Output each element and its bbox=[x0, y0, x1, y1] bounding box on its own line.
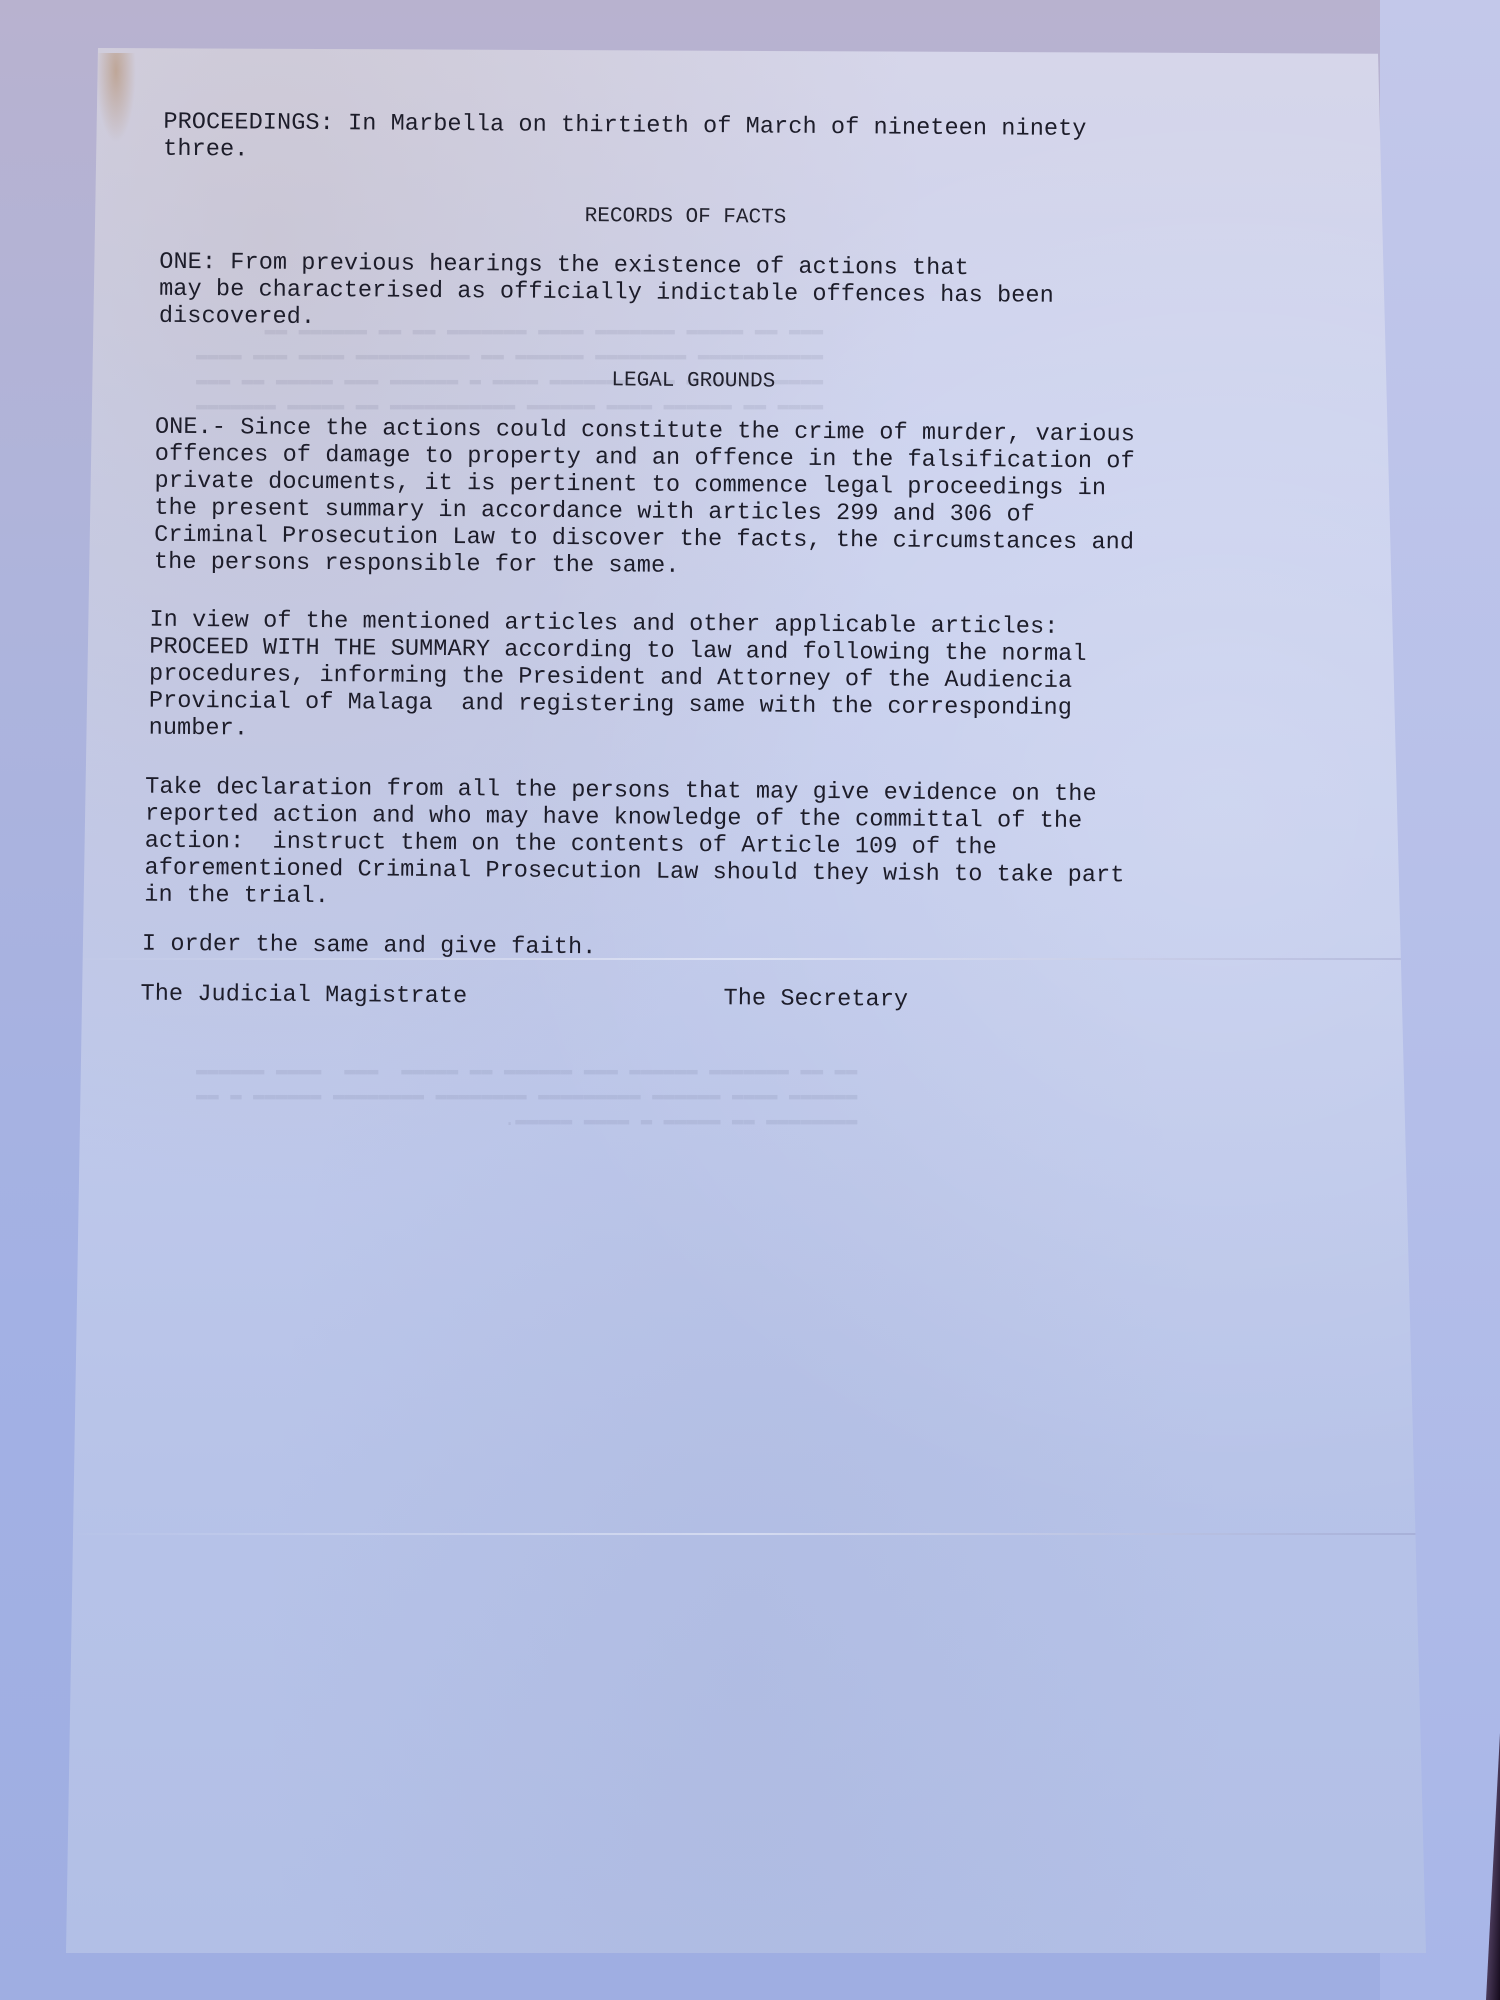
declaration-line-5: in the trial. bbox=[144, 882, 329, 910]
proceedings-line-1: PROCEEDINGS: In Marbella on thirtieth of… bbox=[163, 109, 1086, 143]
signature-secretary: The Secretary bbox=[723, 985, 908, 1013]
signature-judicial-magistrate: The Judicial Magistrate bbox=[140, 981, 467, 1011]
records-line-3: discovered. bbox=[159, 303, 315, 331]
bleed-through-texture: ▬▬▬ ▬▬ ▬▬▬▬▬ ▬▬▬▬▬▬▬ ▬▬▬▬ ▬▬▬▬▬▬▬ ▬▬ ▬▬ … bbox=[196, 318, 823, 418]
order-line: I order the same and give faith. bbox=[142, 931, 597, 962]
legal-grounds-heading: LEGAL GROUNDS bbox=[611, 368, 775, 395]
staple-stain bbox=[96, 53, 136, 143]
records-of-facts-heading: RECORDS OF FACTS bbox=[585, 204, 787, 232]
proceedings-line-2: three. bbox=[163, 136, 248, 164]
view-line-5: number. bbox=[149, 715, 249, 743]
document-page: ▬▬▬ ▬▬ ▬▬▬▬▬ ▬▬▬▬▬▬▬ ▬▬▬▬ ▬▬▬▬▬▬▬ ▬▬ ▬▬ … bbox=[66, 48, 1426, 1953]
legal-line-6: the persons responsible for the same. bbox=[154, 549, 680, 580]
bleed-through-texture: ▬▬ ▬▬ ▬▬▬▬▬▬▬ ▬▬▬▬▬▬ ▬▬▬ ▬▬▬▬▬▬ ▬▬ ▬▬▬▬▬… bbox=[196, 1058, 857, 1133]
paper-fold bbox=[66, 1533, 1426, 1535]
document-body: PROCEEDINGS: In Marbella on thirtieth of… bbox=[66, 48, 1426, 59]
